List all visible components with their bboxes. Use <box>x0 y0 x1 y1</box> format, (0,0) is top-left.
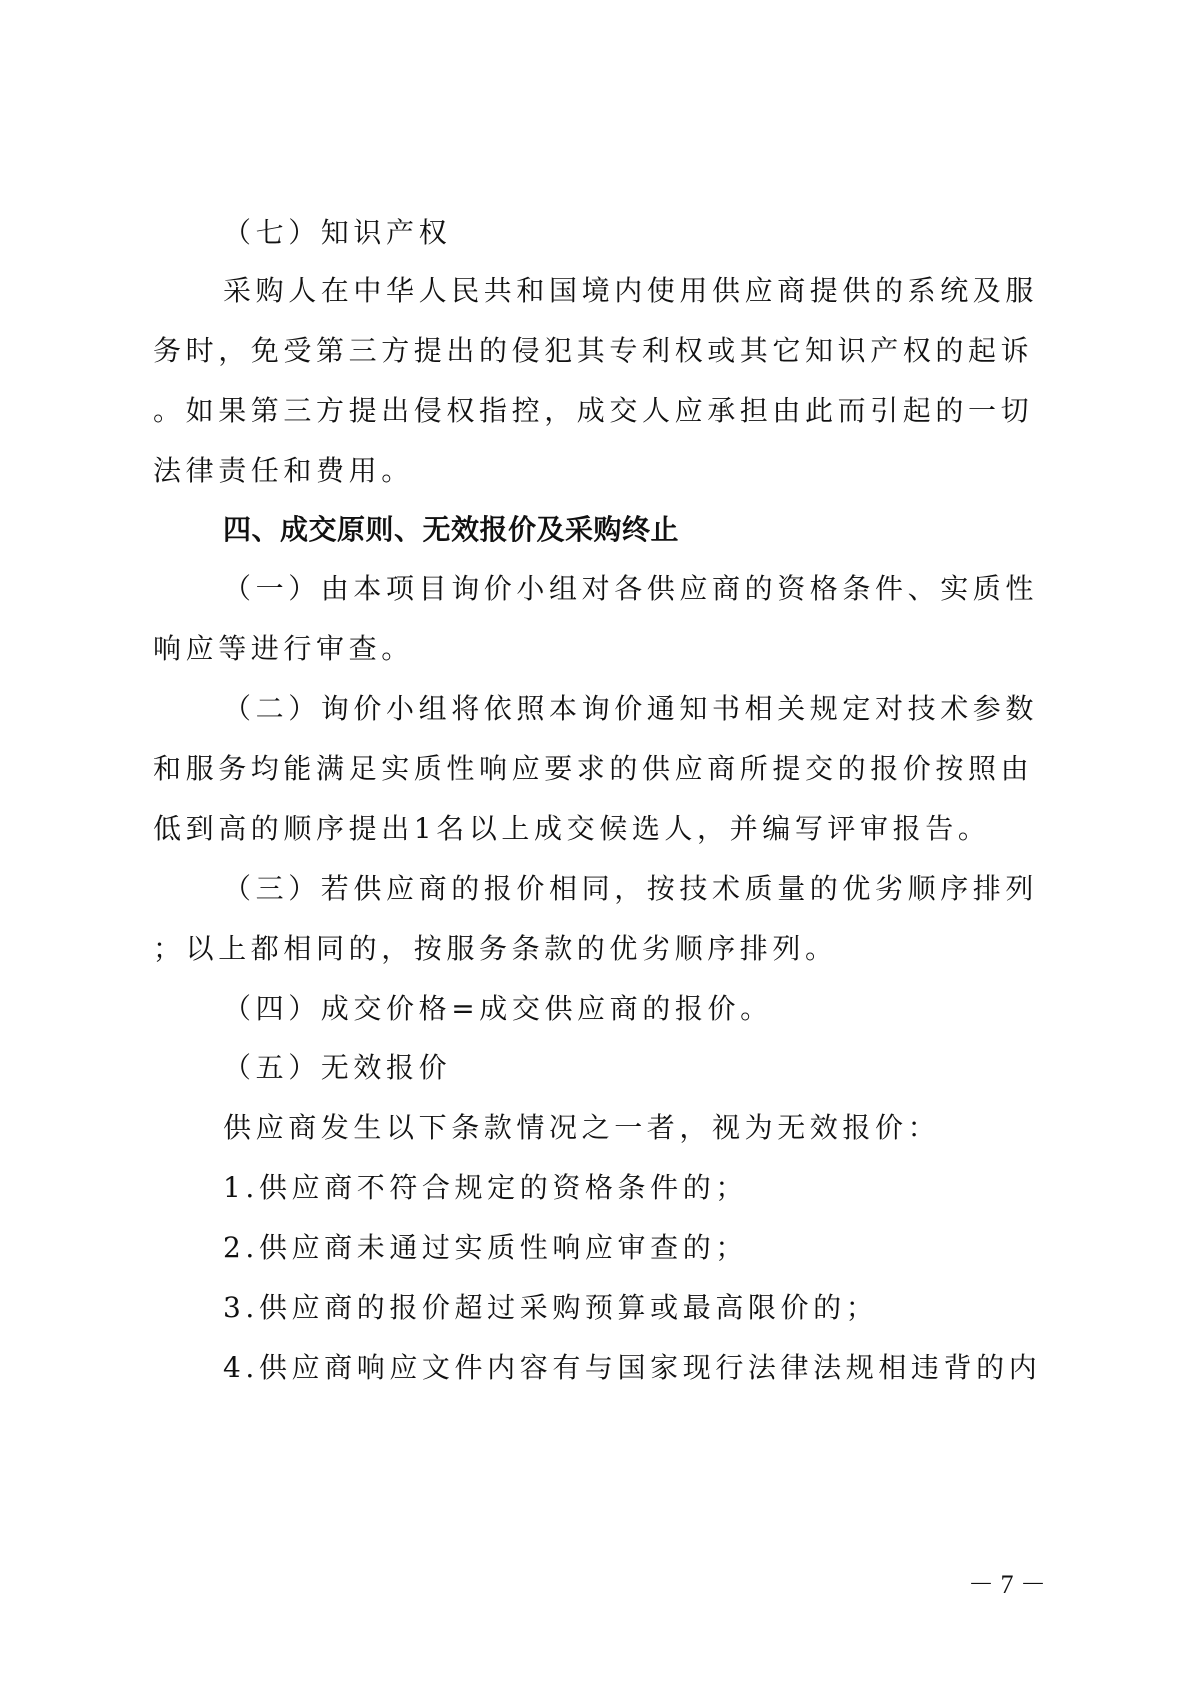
clause-5-title: （五）无效报价 <box>223 1048 1093 1088</box>
clause-3-line-1: （三）若供应商的报价相同，按技术质量的优劣顺序排列 <box>223 869 1093 909</box>
section-4-heading: 四、成交原则、无效报价及采购终止 <box>223 510 1093 550</box>
clause-2-line-2: 和服务均能满足实质性响应要求的供应商所提交的报价按照由 <box>153 749 1023 789</box>
invalid-item-3: 3.供应商的报价超过采购预算或最高限价的； <box>223 1288 1093 1328</box>
paragraph-ip-line-2: 务时，免受第三方提出的侵犯其专利权或其它知识产权的起诉 <box>153 331 1023 371</box>
clause-1-line-1: （一）由本项目询价小组对各供应商的资格条件、实质性 <box>223 569 1093 609</box>
clause-2-line-1: （二）询价小组将依照本询价通知书相关规定对技术参数 <box>223 689 1093 729</box>
clause-1-line-2: 响应等进行审查。 <box>153 629 1023 669</box>
clause-5-intro: 供应商发生以下条款情况之一者，视为无效报价： <box>223 1108 1093 1148</box>
document-page: （七）知识产权 采购人在中华人民共和国境内使用供应商提供的系统及服 务时，免受第… <box>0 0 1191 1684</box>
clause-4: （四）成交价格=成交供应商的报价。 <box>223 989 1093 1029</box>
invalid-item-4: 4.供应商响应文件内容有与国家现行法律法规相违背的内 <box>223 1348 1093 1388</box>
clause-3-line-2: ；以上都相同的，按服务条款的优劣顺序排列。 <box>153 929 1023 969</box>
clause-2-line-3: 低到高的顺序提出1名以上成交候选人，并编写评审报告。 <box>153 809 1023 849</box>
paragraph-ip-line-4: 法律责任和费用。 <box>153 451 1023 491</box>
page-number: － 7 － <box>968 1568 1046 1602</box>
invalid-item-2: 2.供应商未通过实质性响应审查的； <box>223 1228 1093 1268</box>
invalid-item-1: 1.供应商不符合规定的资格条件的； <box>223 1168 1093 1208</box>
section-7-title: （七）知识产权 <box>223 213 1093 253</box>
paragraph-ip-line-3: 。如果第三方提出侵权指控，成交人应承担由此而引起的一切 <box>153 391 1023 431</box>
paragraph-ip-line-1: 采购人在中华人民共和国境内使用供应商提供的系统及服 <box>223 271 1093 311</box>
